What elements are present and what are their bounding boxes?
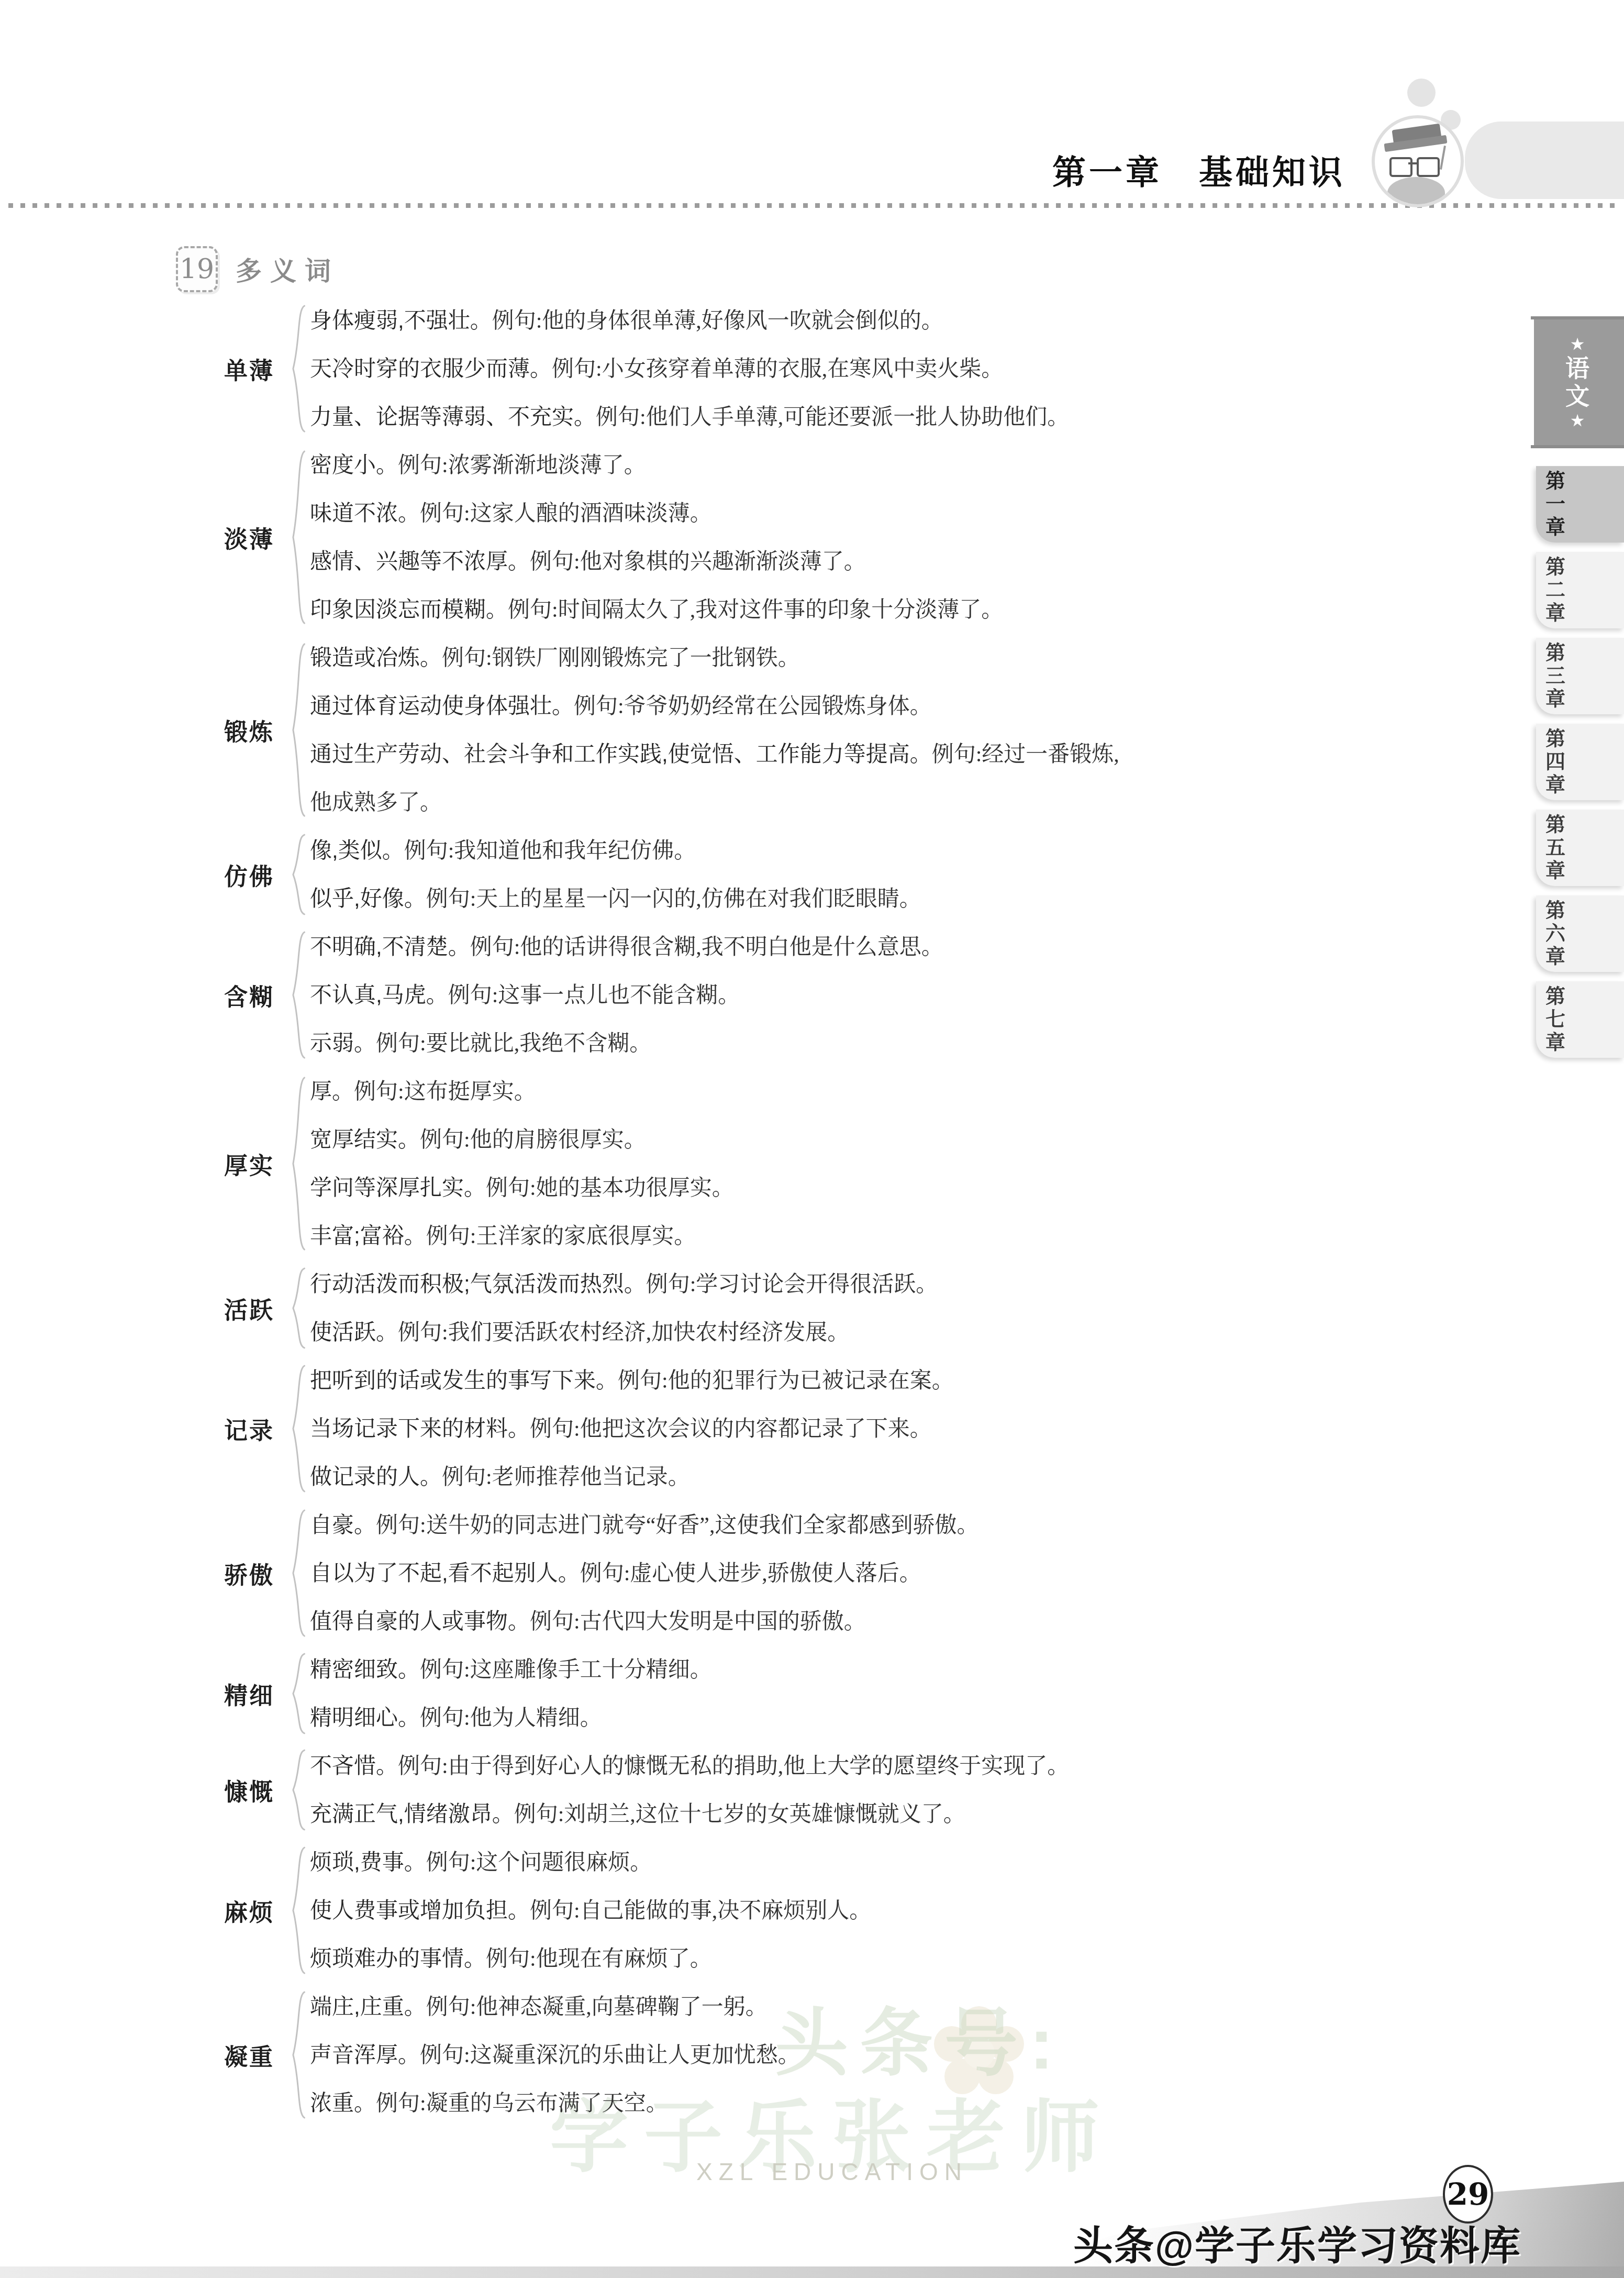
definitions: 密度小。例句:浓雾渐渐地淡薄了。味道不浓。例句:这家人酿的酒酒味淡薄。感情、兴趣… — [310, 441, 1119, 634]
brace-icon — [286, 1749, 310, 1831]
entries: 单薄 身体瘦弱,不强壮。例句:他的身体很单薄,好像风一吹就会倒似的。天冷时穿的衣… — [224, 296, 1119, 2127]
word-entry: 含糊 不明确,不清楚。例句:他的话讲得很含糊,我不明白他是什么意思。不认真,马虎… — [224, 923, 1119, 1067]
star-icon: ★ — [1570, 412, 1585, 429]
chapter-tab-char: 第 — [1544, 727, 1566, 750]
subject-char: 语 — [1565, 355, 1589, 382]
word-entry: 记录 把听到的话或发生的事写下来。例句:他的犯罪行为已被记录在案。当场记录下来的… — [224, 1356, 1119, 1501]
definition-line: 使活跃。例句:我们要活跃农村经济,加快农村经济发展。 — [310, 1308, 1119, 1356]
definition-line: 感情、兴趣等不浓厚。例句:他对象棋的兴趣渐渐淡薄了。 — [310, 537, 1119, 585]
chapter-tab-char: 一 — [1544, 493, 1566, 516]
cap-tassel — [1440, 146, 1446, 170]
chapter-tab-char: 二 — [1544, 579, 1566, 602]
definitions: 不明确,不清楚。例句:他的话讲得很含糊,我不明白他是什么意思。不认真,马虎。例句… — [310, 923, 1119, 1067]
chapter-tab-char: 章 — [1544, 945, 1566, 968]
bubble-icon — [1407, 79, 1436, 107]
definition-line: 宽厚结实。例句:他的肩膀很厚实。 — [310, 1115, 1119, 1164]
brace-icon — [286, 1267, 310, 1350]
definition-line: 力量、论据等薄弱、不充实。例句:他们人手单薄,可能还要派一批人协助他们。 — [310, 393, 1119, 441]
mascot-body — [1387, 177, 1445, 207]
header-decoration-box — [1465, 121, 1624, 199]
definition-line: 密度小。例句:浓雾渐渐地淡薄了。 — [310, 441, 1119, 489]
definition-line: 身体瘦弱,不强壮。例句:他的身体很单薄,好像风一吹就会倒似的。 — [310, 296, 1119, 345]
word-entry: 活跃 行动活泼而积极;气氛活泼而热烈。例句:学习讨论会开得很活跃。使活跃。例句:… — [224, 1260, 1119, 1356]
definitions: 锻造或冶炼。例句:钢铁厂刚刚锻炼完了一批钢铁。通过体育运动使身体强壮。例句:爷爷… — [310, 634, 1119, 826]
section-title: 多义词 — [236, 250, 339, 288]
definition-line: 自以为了不起,看不起别人。例句:虚心使人进步,骄傲使人落后。 — [310, 1549, 1119, 1597]
brace-icon — [286, 1989, 310, 2120]
word-entry: 精细 精密细致。例句:这座雕像手工十分精细。精明细心。例句:他为人精细。 — [224, 1645, 1119, 1742]
entry-word: 慷慨 — [224, 1773, 286, 1807]
entry-word: 单薄 — [224, 352, 286, 386]
word-entry: 厚实 厚。例句:这布挺厚实。宽厚结实。例句:他的肩膀很厚实。学问等深厚扎实。例句… — [224, 1067, 1119, 1260]
definition-line: 像,类似。例句:我知道他和我年纪仿佛。 — [310, 826, 1119, 875]
glasses-icon — [1417, 157, 1440, 177]
entry-word: 麻烦 — [224, 1894, 286, 1928]
definition-line: 印象因淡忘而模糊。例句:时间隔太久了,我对这件事的印象十分淡薄了。 — [310, 585, 1119, 634]
definition-line: 声音浑厚。例句:这凝重深沉的乐曲让人更加忧愁。 — [310, 2031, 1119, 2079]
definition-line: 精密细致。例句:这座雕像手工十分精细。 — [310, 1645, 1119, 1694]
chapter-tab-6: 第六章 — [1536, 895, 1624, 972]
definition-line: 烦琐,费事。例句:这个问题很麻烦。 — [310, 1838, 1119, 1886]
textbook-page: 第一章 基础知识 头条号: 学子乐张老师 XZL EDUCATION 19 多义… — [0, 0, 1624, 2278]
word-entry: 单薄 身体瘦弱,不强壮。例句:他的身体很单薄,好像风一吹就会倒似的。天冷时穿的衣… — [224, 296, 1119, 441]
definition-line: 通过体育运动使身体强壮。例句:爷爷奶奶经常在公园锻炼身体。 — [310, 682, 1119, 730]
chapter-tab-char: 第 — [1544, 985, 1566, 1008]
definition-line: 学问等深厚扎实。例句:她的基本功很厚实。 — [310, 1164, 1119, 1212]
chapter-tab-char: 第 — [1544, 556, 1566, 579]
brace-icon — [286, 1508, 310, 1639]
dotted-divider — [8, 203, 1616, 208]
entry-word: 凝重 — [224, 2038, 286, 2072]
definition-line: 不认真,马虎。例句:这事一点儿也不能含糊。 — [310, 971, 1119, 1019]
sidebar-subject-tab: ★ 语文 ★ — [1531, 316, 1624, 448]
definitions: 把听到的话或发生的事写下来。例句:他的犯罪行为已被记录在案。当场记录下来的材料。… — [310, 1356, 1119, 1501]
definition-line: 通过生产劳动、社会斗争和工作实践,使觉悟、工作能力等提高。例句:经过一番锻炼, — [310, 730, 1119, 778]
chapter-tab-4: 第四章 — [1536, 724, 1624, 800]
word-entry: 凝重 端庄,庄重。例句:他神态凝重,向墓碑鞠了一躬。声音浑厚。例句:这凝重深沉的… — [224, 1983, 1119, 2127]
chapter-tab-7: 第七章 — [1536, 981, 1624, 1058]
word-entry: 仿佛 像,类似。例句:我知道他和我年纪仿佛。似乎,好像。例句:天上的星星一闪一闪… — [224, 826, 1119, 923]
definition-line: 丰富;富裕。例句:王洋家的家底很厚实。 — [310, 1212, 1119, 1260]
definition-line: 他成熟多了。 — [310, 778, 1119, 826]
definitions: 不吝惜。例句:由于得到好心人的慷慨无私的捐助,他上大学的愿望终于实现了。充满正气… — [310, 1742, 1119, 1838]
chapter-tab-char: 章 — [1544, 602, 1566, 625]
definition-line: 不明确,不清楚。例句:他的话讲得很含糊,我不明白他是什么意思。 — [310, 923, 1119, 971]
brace-icon — [286, 448, 310, 627]
word-entry: 骄傲 自豪。例句:送牛奶的同志进门就夸“好香”,这使我们全家都感到骄傲。自以为了… — [224, 1501, 1119, 1645]
definitions: 行动活泼而积极;气氛活泼而热烈。例句:学习讨论会开得很活跃。使活跃。例句:我们要… — [310, 1260, 1119, 1356]
definition-line: 天冷时穿的衣服少而薄。例句:小女孩穿着单薄的衣服,在寒风中卖火柴。 — [310, 345, 1119, 393]
graduate-mascot-icon — [1372, 115, 1464, 207]
definitions: 精密细致。例句:这座雕像手工十分精细。精明细心。例句:他为人精细。 — [310, 1645, 1119, 1742]
watermark-text: XZL EDUCATION — [696, 2158, 968, 2186]
subject-tab-label: 语文 — [1565, 355, 1589, 410]
definition-line: 把听到的话或发生的事写下来。例句:他的犯罪行为已被记录在案。 — [310, 1356, 1119, 1405]
definitions: 身体瘦弱,不强壮。例句:他的身体很单薄,好像风一吹就会倒似的。天冷时穿的衣服少而… — [310, 296, 1119, 441]
brace-icon — [286, 1074, 310, 1253]
chapter-tab-1: 第一章 — [1536, 466, 1624, 543]
chapter-tab-char: 第 — [1544, 642, 1566, 665]
section-number-badge: 19 — [176, 246, 218, 292]
brace-icon — [286, 640, 310, 820]
chapter-tab-char: 四 — [1544, 750, 1566, 773]
entry-word: 精细 — [224, 1677, 286, 1711]
entry-word: 锻炼 — [224, 713, 286, 747]
definition-line: 充满正气,情绪激昂。例句:刘胡兰,这位十七岁的女英雄慷慨就义了。 — [310, 1790, 1119, 1838]
glasses-bridge — [1408, 162, 1417, 164]
entry-word: 仿佛 — [224, 858, 286, 892]
definition-line: 示弱。例句:要比就比,我绝不含糊。 — [310, 1019, 1119, 1067]
definition-line: 行动活泼而积极;气氛活泼而热烈。例句:学习讨论会开得很活跃。 — [310, 1260, 1119, 1308]
brace-icon — [286, 930, 310, 1060]
definition-line: 厚。例句:这布挺厚实。 — [310, 1067, 1119, 1115]
subject-char: 文 — [1565, 382, 1589, 410]
chapter-tab-char: 三 — [1544, 665, 1566, 688]
brace-icon — [286, 833, 310, 916]
chapter-title: 第一章 基础知识 — [1052, 146, 1345, 194]
definition-line: 烦琐难办的事情。例句:他现在有麻烦了。 — [310, 1934, 1119, 1983]
chapter-tab-char: 章 — [1544, 516, 1566, 539]
brace-icon — [286, 303, 310, 434]
glasses-icon — [1389, 157, 1412, 177]
definition-line: 精明细心。例句:他为人精细。 — [310, 1694, 1119, 1742]
brace-icon — [286, 1845, 310, 1976]
entry-word: 记录 — [224, 1412, 286, 1446]
chapter-tab-2: 第二章 — [1536, 552, 1624, 628]
chapter-tab-5: 第五章 — [1536, 810, 1624, 886]
definition-line: 值得自豪的人或事物。例句:古代四大发明是中国的骄傲。 — [310, 1597, 1119, 1645]
definitions: 端庄,庄重。例句:他神态凝重,向墓碑鞠了一躬。声音浑厚。例句:这凝重深沉的乐曲让… — [310, 1983, 1119, 2127]
entry-word: 活跃 — [224, 1291, 286, 1325]
chapter-tab-char: 章 — [1544, 859, 1566, 882]
section-header: 19 多义词 — [176, 246, 339, 292]
chapter-tab-3: 第三章 — [1536, 638, 1624, 714]
definition-line: 浓重。例句:凝重的乌云布满了天空。 — [310, 2079, 1119, 2127]
chapter-tab-char: 第 — [1544, 470, 1566, 493]
brace-icon — [286, 1363, 310, 1494]
chapter-tab-char: 章 — [1544, 773, 1566, 797]
chapter-tab-char: 五 — [1544, 836, 1566, 859]
chapter-tab-char: 章 — [1544, 688, 1566, 711]
definition-line: 味道不浓。例句:这家人酿的酒酒味淡薄。 — [310, 489, 1119, 537]
definition-line: 做记录的人。例句:老师推荐他当记录。 — [310, 1453, 1119, 1501]
chapter-tab-char: 六 — [1544, 922, 1566, 945]
entry-word: 淡薄 — [224, 521, 286, 555]
definition-line: 自豪。例句:送牛奶的同志进门就夸“好香”,这使我们全家都感到骄傲。 — [310, 1501, 1119, 1549]
chapter-tab-char: 章 — [1544, 1031, 1566, 1054]
definitions: 烦琐,费事。例句:这个问题很麻烦。使人费事或增加负担。例句:自己能做的事,决不麻… — [310, 1838, 1119, 1983]
chapter-tabs: 第一章第二章第三章第四章第五章第六章第七章 — [1536, 466, 1624, 1067]
chapter-tab-char: 第 — [1544, 813, 1566, 836]
footer-credit: 头条@学子乐学习资料库 — [1073, 2214, 1521, 2271]
entry-word: 骄傲 — [224, 1556, 286, 1590]
word-entry: 麻烦 烦琐,费事。例句:这个问题很麻烦。使人费事或增加负担。例句:自己能做的事,… — [224, 1838, 1119, 1983]
word-entry: 淡薄 密度小。例句:浓雾渐渐地淡薄了。味道不浓。例句:这家人酿的酒酒味淡薄。感情… — [224, 441, 1119, 634]
word-entry: 慷慨 不吝惜。例句:由于得到好心人的慷慨无私的捐助,他上大学的愿望终于实现了。充… — [224, 1742, 1119, 1838]
star-icon: ★ — [1570, 336, 1585, 352]
definitions: 像,类似。例句:我知道他和我年纪仿佛。似乎,好像。例句:天上的星星一闪一闪的,仿… — [310, 826, 1119, 923]
chapter-tab-char: 第 — [1544, 899, 1566, 922]
definitions: 厚。例句:这布挺厚实。宽厚结实。例句:他的肩膀很厚实。学问等深厚扎实。例句:她的… — [310, 1067, 1119, 1260]
definitions: 自豪。例句:送牛奶的同志进门就夸“好香”,这使我们全家都感到骄傲。自以为了不起,… — [310, 1501, 1119, 1645]
brace-icon — [286, 1652, 310, 1735]
word-entry: 锻炼 锻造或冶炼。例句:钢铁厂刚刚锻炼完了一批钢铁。通过体育运动使身体强壮。例句… — [224, 634, 1119, 826]
definition-line: 锻造或冶炼。例句:钢铁厂刚刚锻炼完了一批钢铁。 — [310, 634, 1119, 682]
chapter-tab-char: 七 — [1544, 1008, 1566, 1031]
entry-word: 厚实 — [224, 1147, 286, 1181]
definition-line: 不吝惜。例句:由于得到好心人的慷慨无私的捐助,他上大学的愿望终于实现了。 — [310, 1742, 1119, 1790]
definition-line: 当场记录下来的材料。例句:他把这次会议的内容都记录了下来。 — [310, 1405, 1119, 1453]
entry-word: 含糊 — [224, 978, 286, 1012]
definition-line: 使人费事或增加负担。例句:自己能做的事,决不麻烦别人。 — [310, 1886, 1119, 1934]
definition-line: 端庄,庄重。例句:他神态凝重,向墓碑鞠了一躬。 — [310, 1983, 1119, 2031]
definition-line: 似乎,好像。例句:天上的星星一闪一闪的,仿佛在对我们眨眼睛。 — [310, 875, 1119, 923]
